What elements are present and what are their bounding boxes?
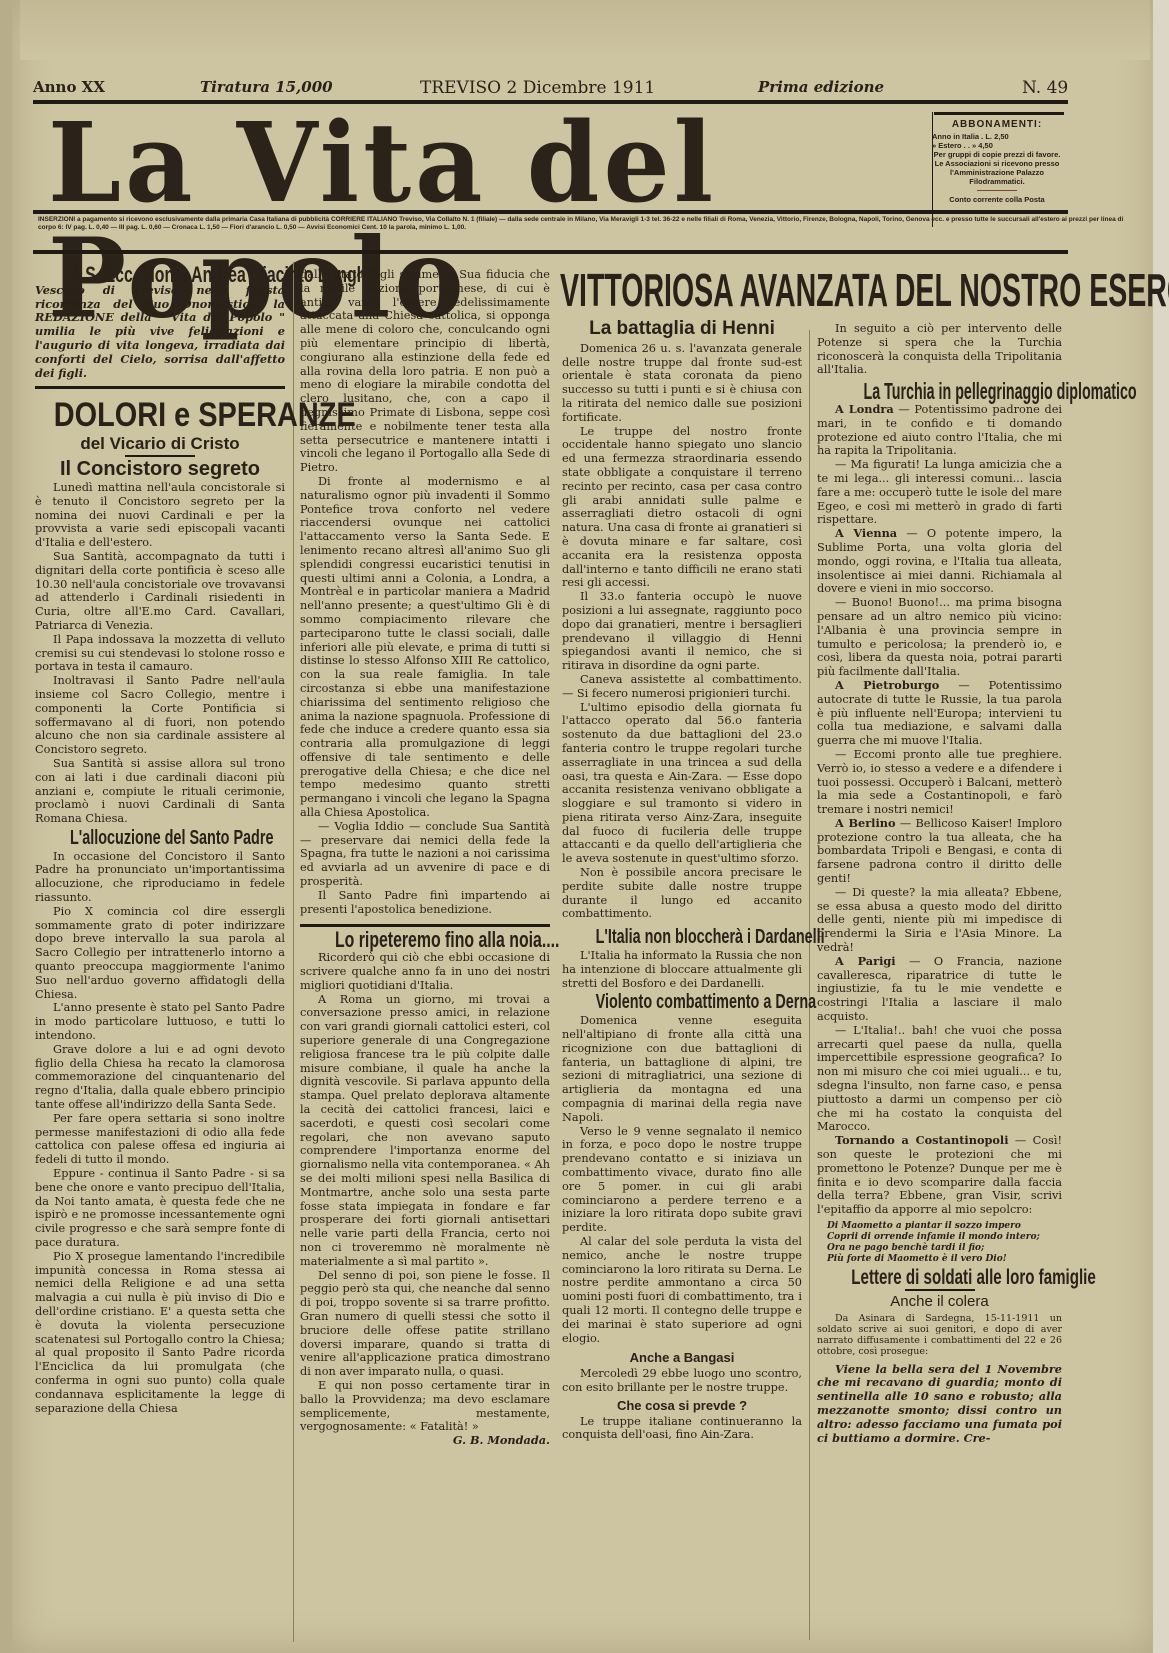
issue-number: N. 49 xyxy=(1022,78,1068,98)
paragraph: Per fare opera settaria si sono inoltre … xyxy=(35,1112,285,1167)
short-rule xyxy=(125,455,195,457)
paragraph: E qui non posso certamente tirar in ball… xyxy=(300,1379,550,1434)
paragraph: Grave dolore a lui e ad ogni devoto figl… xyxy=(35,1043,285,1112)
column-1: A S. Ecc. Mons. Andrea Giacinto Longhin … xyxy=(35,268,285,1415)
paragraph: Domenica venne eseguita nell'altipiano d… xyxy=(562,1014,802,1124)
paragraph: Caneva assistette al combattimento. — Si… xyxy=(562,673,802,701)
paragraph: dallo Stato. Egli sprime la Sua fiducia … xyxy=(300,268,550,475)
insertions-notice: INSERZIONI a pagamento si ricevono esclu… xyxy=(38,216,1128,232)
paragraph: Non è possibile ancora precisare le perd… xyxy=(562,866,802,921)
paragraph-text: — Ma figurati! La lunga amicizia che a t… xyxy=(817,458,1062,526)
city-lead: A Vienna xyxy=(835,526,897,540)
paragraph: Pio X comincia col dire essergli sommame… xyxy=(35,905,285,1002)
section-rule xyxy=(35,386,285,389)
article-title: Lo ripeteremo fino alla noia.... xyxy=(335,933,515,947)
paragraph: In occasione del Concistoro il Santo Pad… xyxy=(35,850,285,905)
subscription-line: Conto corrente colla Posta xyxy=(932,195,1062,204)
dedication-text: Vescovo di Treviso nella fausta ricorren… xyxy=(35,284,285,381)
paragraph: A Pietroburgo — Potentissimo autocrate d… xyxy=(817,679,1062,748)
verse-line: Più forte di Maometto è il vero Dio! xyxy=(827,1254,1062,1265)
subheadline: del Vicario di Cristo xyxy=(35,437,285,451)
paragraph: Il Santo Padre finì impartendo ai presen… xyxy=(300,889,550,917)
section-title: Che cosa si prevde ? xyxy=(562,1399,802,1413)
paragraph: A Vienna — O potente impero, la Sublime … xyxy=(817,527,1062,596)
banner-headline: VITTORIOSA AVANZATA DEL NOSTRO ESERCITO xyxy=(560,262,1056,318)
paragraph: Di fronte al modernismo e al naturalismo… xyxy=(300,475,550,820)
section-title: L'allocuzione del Santo Padre xyxy=(70,832,250,846)
paragraph: Mercoledì 29 ebbe luogo uno scontro, con… xyxy=(562,1367,802,1395)
paragraph: — Di queste? la mia alleata? Ebbene, se … xyxy=(817,886,1062,955)
section-title: La Turchia in pellegrinaggio diplomatico xyxy=(864,385,1016,399)
paragraph: — Voglia Iddio — conclude Sua Santità — … xyxy=(300,820,550,889)
subheadline: La battaglia di Henni xyxy=(562,322,802,336)
paragraph: Del senno di poi, son piene le fosse. Il… xyxy=(300,1269,550,1379)
paragraph: L'Italia ha informato la Russia che non … xyxy=(562,949,802,990)
subscription-line: Per gruppi di copie prezzi di favore. xyxy=(932,150,1062,159)
city-lead: A Pietroburgo xyxy=(835,678,939,692)
paragraph: Al calar del sole perduta la vista del n… xyxy=(562,1235,802,1345)
section-title: Il Concistoro segreto xyxy=(35,463,285,477)
dedication-title: A S. Ecc. Mons. Andrea Giacinto Longhin xyxy=(70,268,250,282)
paragraph: Pio X prosegue lamentando l'incredibile … xyxy=(35,1250,285,1416)
subscription-line: » Estero . . » 4,50 xyxy=(932,141,1062,150)
paragraph: Le truppe del nostro fronte occidentale … xyxy=(562,425,802,591)
section-title: Lettere di soldati alle loro famiglie xyxy=(851,1271,1027,1285)
small-rule xyxy=(977,190,1017,191)
paragraph: L'anno presente è stato pel Santo Padre … xyxy=(35,1001,285,1042)
paragraph: — L'Italia!.. bah! che vuoi che possa ar… xyxy=(817,1024,1062,1134)
page-edge xyxy=(1153,0,1169,1653)
top-margin xyxy=(20,0,1150,60)
epitaph-verse: Di Maometto a piantar il sozzo imperoCop… xyxy=(827,1221,1062,1265)
short-rule xyxy=(905,1289,975,1291)
subscriptions-title: ABBONAMENTI: xyxy=(932,120,1062,129)
column-divider xyxy=(809,330,810,1640)
paragraph: L'ultimo episodio della giornata fu l'at… xyxy=(562,701,802,867)
insertions-bottom-rule xyxy=(33,250,1068,254)
verse-line: Ora ne pago benchè tardi il fio; xyxy=(827,1243,1062,1254)
paragraph: Le truppe italiane continueranno la conq… xyxy=(562,1415,802,1443)
section-title: L'Italia non bloccherà i Dardanelli xyxy=(596,931,769,945)
paragraph: Domenica 26 u. s. l'avanzata generale de… xyxy=(562,342,802,425)
subheadline: Anche il colera xyxy=(817,1295,1062,1309)
verse-line: Di Maometto a piantar il sozzo impero xyxy=(827,1221,1062,1232)
tiratura-label: Tiratura 15,000 xyxy=(200,78,333,96)
paragraph-text: — Buono! Buono!... ma prima bisogna pens… xyxy=(817,596,1062,678)
column-3: La battaglia di Henni Domenica 26 u. s. … xyxy=(562,322,802,1442)
paragraph: In seguito a ciò per intervento delle Po… xyxy=(817,322,1062,377)
paragraph-text: — L'Italia!.. bah! che vuoi che possa ar… xyxy=(817,1024,1062,1134)
paragraph: Viene la bella sera del 1 Novembre che m… xyxy=(817,1363,1062,1446)
paragraph: — Ma figurati! La lunga amicizia che a t… xyxy=(817,458,1062,527)
paragraph: Da Asinara di Sardegna, 15-11-1911 un so… xyxy=(817,1313,1062,1357)
paragraph: — Eccomi pronto alle tue preghiere. Verr… xyxy=(817,748,1062,817)
anno-label: Anno XX xyxy=(33,78,105,96)
paragraph: Inoltravasi il Santo Padre nell'aula ins… xyxy=(35,674,285,757)
paragraph: A Roma un giorno, mi trovai a conversazi… xyxy=(300,993,550,1269)
paragraph: Verso le 9 venne segnalato il nemico in … xyxy=(562,1125,802,1235)
masthead-title: La Vita del Popolo xyxy=(48,105,908,221)
paragraph: Il Papa indossava la mozzetta di velluto… xyxy=(35,633,285,674)
abbo-top-rule xyxy=(934,112,1064,115)
headline: DOLORI e SPERANZE xyxy=(54,395,267,435)
paragraph: Sua Santità si assise allora sul trono c… xyxy=(35,757,285,826)
section-title: Violento combattimento a Derna xyxy=(596,996,769,1010)
dateline: TREVISO 2 Dicembre 1911 xyxy=(420,78,655,98)
paragraph-text: — Di queste? la mia alleata? Ebbene, se … xyxy=(817,886,1062,954)
paragraph: Eppure - continua il Santo Padre - si sa… xyxy=(35,1167,285,1250)
section-title: Anche a Bangasi xyxy=(562,1351,802,1365)
paragraph: Ricorderò qui ciò che ebbi occasione di … xyxy=(300,951,550,992)
insertions-top-rule xyxy=(33,210,1068,214)
paragraph: Tornando a Costantinopoli — Così! son qu… xyxy=(817,1134,1062,1217)
paragraph: A Berlino — Bellicoso Kaiser! Imploro pr… xyxy=(817,817,1062,886)
paragraph: A Parigi — O Francia, nazione cavalleres… xyxy=(817,955,1062,1024)
edition-label: Prima edizione xyxy=(758,78,884,96)
city-lead: Tornando a Costantinopoli xyxy=(835,1133,1009,1147)
city-lead: A Berlino xyxy=(835,816,895,830)
column-2: dallo Stato. Egli sprime la Sua fiducia … xyxy=(300,268,550,1448)
subscription-line: Anno in Italia . L. 2,50 xyxy=(932,132,1062,141)
column-4: In seguito a ciò per intervento delle Po… xyxy=(817,322,1062,1445)
signature: G. B. Mondada. xyxy=(300,1434,550,1448)
paragraph: Sua Santità, accompagnato da tutti i dig… xyxy=(35,550,285,633)
paragraph: Il 33.o fanteria occupò le nuove posizio… xyxy=(562,590,802,673)
city-lead: A Parigi xyxy=(835,954,896,968)
column-divider xyxy=(293,262,294,1642)
paragraph: Lunedì mattina nell'aula concistorale si… xyxy=(35,481,285,550)
paragraph: A Londra — Potentissimo padrone dei mari… xyxy=(817,403,1062,458)
verse-line: Coprii di orrende infamie il mondo inter… xyxy=(827,1232,1062,1243)
paragraph-text: — Eccomi pronto alle tue preghiere. Verr… xyxy=(817,748,1062,816)
subscription-line: Le Associazioni si ricevono presso l'Amm… xyxy=(932,159,1062,186)
paragraph: — Buono! Buono!... ma prima bisogna pens… xyxy=(817,596,1062,679)
subscriptions-box: ABBONAMENTI: Anno in Italia . L. 2,50 » … xyxy=(932,120,1062,204)
